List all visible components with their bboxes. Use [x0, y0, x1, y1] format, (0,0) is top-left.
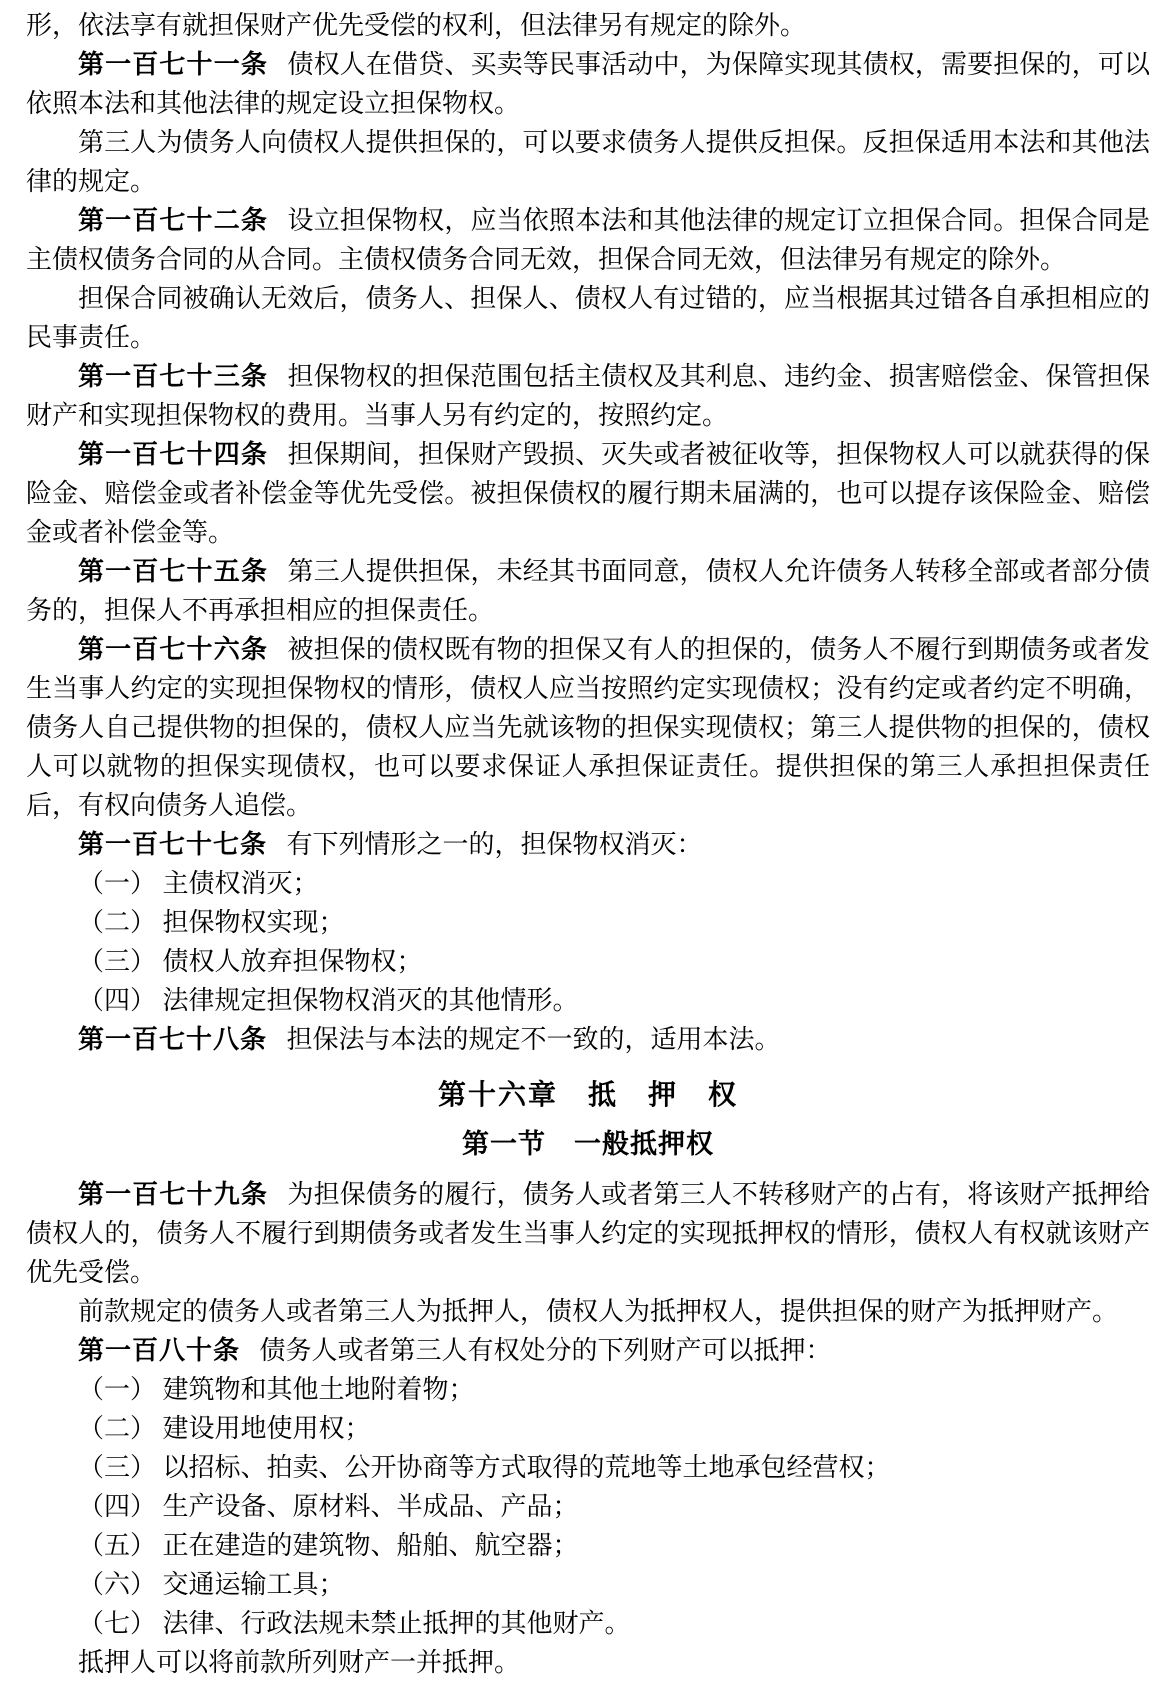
article-number: 第一百七十八条 [78, 1024, 267, 1054]
article-180-item-5: （五） 正在建造的建筑物、船舶、航空器； [26, 1526, 1150, 1565]
article-number: 第一百七十三条 [78, 361, 268, 391]
article-174: 第一百七十四条担保期间，担保财产毁损、灭失或者被征收等，担保物权人可以就获得的保… [26, 435, 1150, 552]
article-173: 第一百七十三条担保物权的担保范围包括主债权及其利息、违约金、损害赔偿金、保管担保… [26, 357, 1150, 435]
article-number: 第一百八十条 [78, 1335, 240, 1365]
article-180-para-2: 抵押人可以将前款所列财产一并抵押。 [26, 1643, 1150, 1682]
article-178: 第一百七十八条担保法与本法的规定不一致的，适用本法。 [26, 1020, 1150, 1059]
article-number: 第一百七十二条 [78, 205, 268, 235]
chapter-16-heading: 第十六章 抵 押 权 [26, 1074, 1150, 1116]
article-180-item-1: （一） 建筑物和其他土地附着物； [26, 1370, 1150, 1409]
list-item-text: （四） 生产设备、原材料、半成品、产品； [78, 1492, 579, 1521]
article-180: 第一百八十条债务人或者第三人有权处分的下列财产可以抵押： [26, 1331, 1150, 1370]
article-171: 第一百七十一条债权人在借贷、买卖等民事活动中，为保障实现其债权，需要担保的，可以… [26, 45, 1150, 123]
list-item-text: （一） 建筑物和其他土地附着物； [78, 1375, 475, 1404]
article-number: 第一百七十四条 [78, 439, 268, 469]
article-172: 第一百七十二条设立担保物权，应当依照本法和其他法律的规定订立担保合同。担保合同是… [26, 201, 1150, 279]
article-number: 第一百七十六条 [78, 634, 268, 664]
list-item-text: （四） 法律规定担保物权消灭的其他情形。 [78, 986, 579, 1015]
article-180-item-2: （二） 建设用地使用权； [26, 1409, 1150, 1448]
list-item-text: （一） 主债权消灭； [78, 869, 319, 898]
paragraph-text: 前款规定的债务人或者第三人为抵押人，债权人为抵押权人，提供担保的财产为抵押财产。 [78, 1297, 1118, 1326]
article-175: 第一百七十五条第三人提供担保，未经其书面同意，债权人允许债务人转移全部或者部分债… [26, 552, 1150, 630]
article-172-para-2: 担保合同被确认无效后，债务人、担保人、债权人有过错的，应当根据其过错各自承担相应… [26, 279, 1150, 357]
statute-document-page: 形，依法享有就担保财产优先受偿的权利，但法律另有规定的除外。 第一百七十一条债权… [0, 0, 1176, 1688]
article-179: 第一百七十九条为担保债务的履行，债务人或者第三人不转移财产的占有，将该财产抵押给… [26, 1175, 1150, 1292]
list-item-text: （七） 法律、行政法规未禁止抵押的其他财产。 [78, 1609, 631, 1638]
article-180-item-6: （六） 交通运输工具； [26, 1565, 1150, 1604]
article-177-item-2: （二） 担保物权实现； [26, 903, 1150, 942]
article-180-item-7: （七） 法律、行政法规未禁止抵押的其他财产。 [26, 1604, 1150, 1643]
section-1-heading: 第一节 一般抵押权 [26, 1123, 1150, 1165]
paragraph-text: 形，依法享有就担保财产优先受偿的权利，但法律另有规定的除外。 [26, 11, 806, 40]
list-item-text: （二） 建设用地使用权； [78, 1414, 371, 1443]
article-171-para-2: 第三人为债务人向债权人提供担保的，可以要求债务人提供反担保。反担保适用本法和其他… [26, 123, 1150, 201]
article-number: 第一百七十一条 [78, 49, 268, 79]
paragraph-text: 债务人或者第三人有权处分的下列财产可以抵押： [260, 1336, 832, 1365]
list-item-text: （五） 正在建造的建筑物、船舶、航空器； [78, 1531, 579, 1560]
article-177-item-3: （三） 债权人放弃担保物权； [26, 942, 1150, 981]
page-continuation-text: 形，依法享有就担保财产优先受偿的权利，但法律另有规定的除外。 [26, 6, 1150, 45]
paragraph-text: 担保合同被确认无效后，债务人、担保人、债权人有过错的，应当根据其过错各自承担相应… [26, 284, 1150, 352]
list-item-text: （三） 债权人放弃担保物权； [78, 947, 423, 976]
paragraph-text: 担保法与本法的规定不一致的，适用本法。 [287, 1025, 781, 1054]
article-179-para-2: 前款规定的债务人或者第三人为抵押人，债权人为抵押权人，提供担保的财产为抵押财产。 [26, 1292, 1150, 1331]
paragraph-text: 第三人为债务人向债权人提供担保的，可以要求债务人提供反担保。反担保适用本法和其他… [26, 128, 1150, 196]
article-177-item-1: （一） 主债权消灭； [26, 864, 1150, 903]
article-number: 第一百七十九条 [78, 1179, 268, 1209]
article-176: 第一百七十六条被担保的债权既有物的担保又有人的担保的，债务人不履行到期债务或者发… [26, 630, 1150, 825]
article-180-item-3: （三） 以招标、拍卖、公开协商等方式取得的荒地等土地承包经营权； [26, 1448, 1150, 1487]
list-item-text: （三） 以招标、拍卖、公开协商等方式取得的荒地等土地承包经营权； [78, 1453, 891, 1482]
article-number: 第一百七十七条 [78, 829, 267, 859]
article-number: 第一百七十五条 [78, 556, 268, 586]
article-177-item-4: （四） 法律规定担保物权消灭的其他情形。 [26, 981, 1150, 1020]
article-180-item-4: （四） 生产设备、原材料、半成品、产品； [26, 1487, 1150, 1526]
article-177: 第一百七十七条有下列情形之一的，担保物权消灭： [26, 825, 1150, 864]
paragraph-text: 有下列情形之一的，担保物权消灭： [287, 830, 703, 859]
list-item-text: （二） 担保物权实现； [78, 908, 345, 937]
paragraph-text: 抵押人可以将前款所列财产一并抵押。 [78, 1648, 520, 1677]
list-item-text: （六） 交通运输工具； [78, 1570, 345, 1599]
